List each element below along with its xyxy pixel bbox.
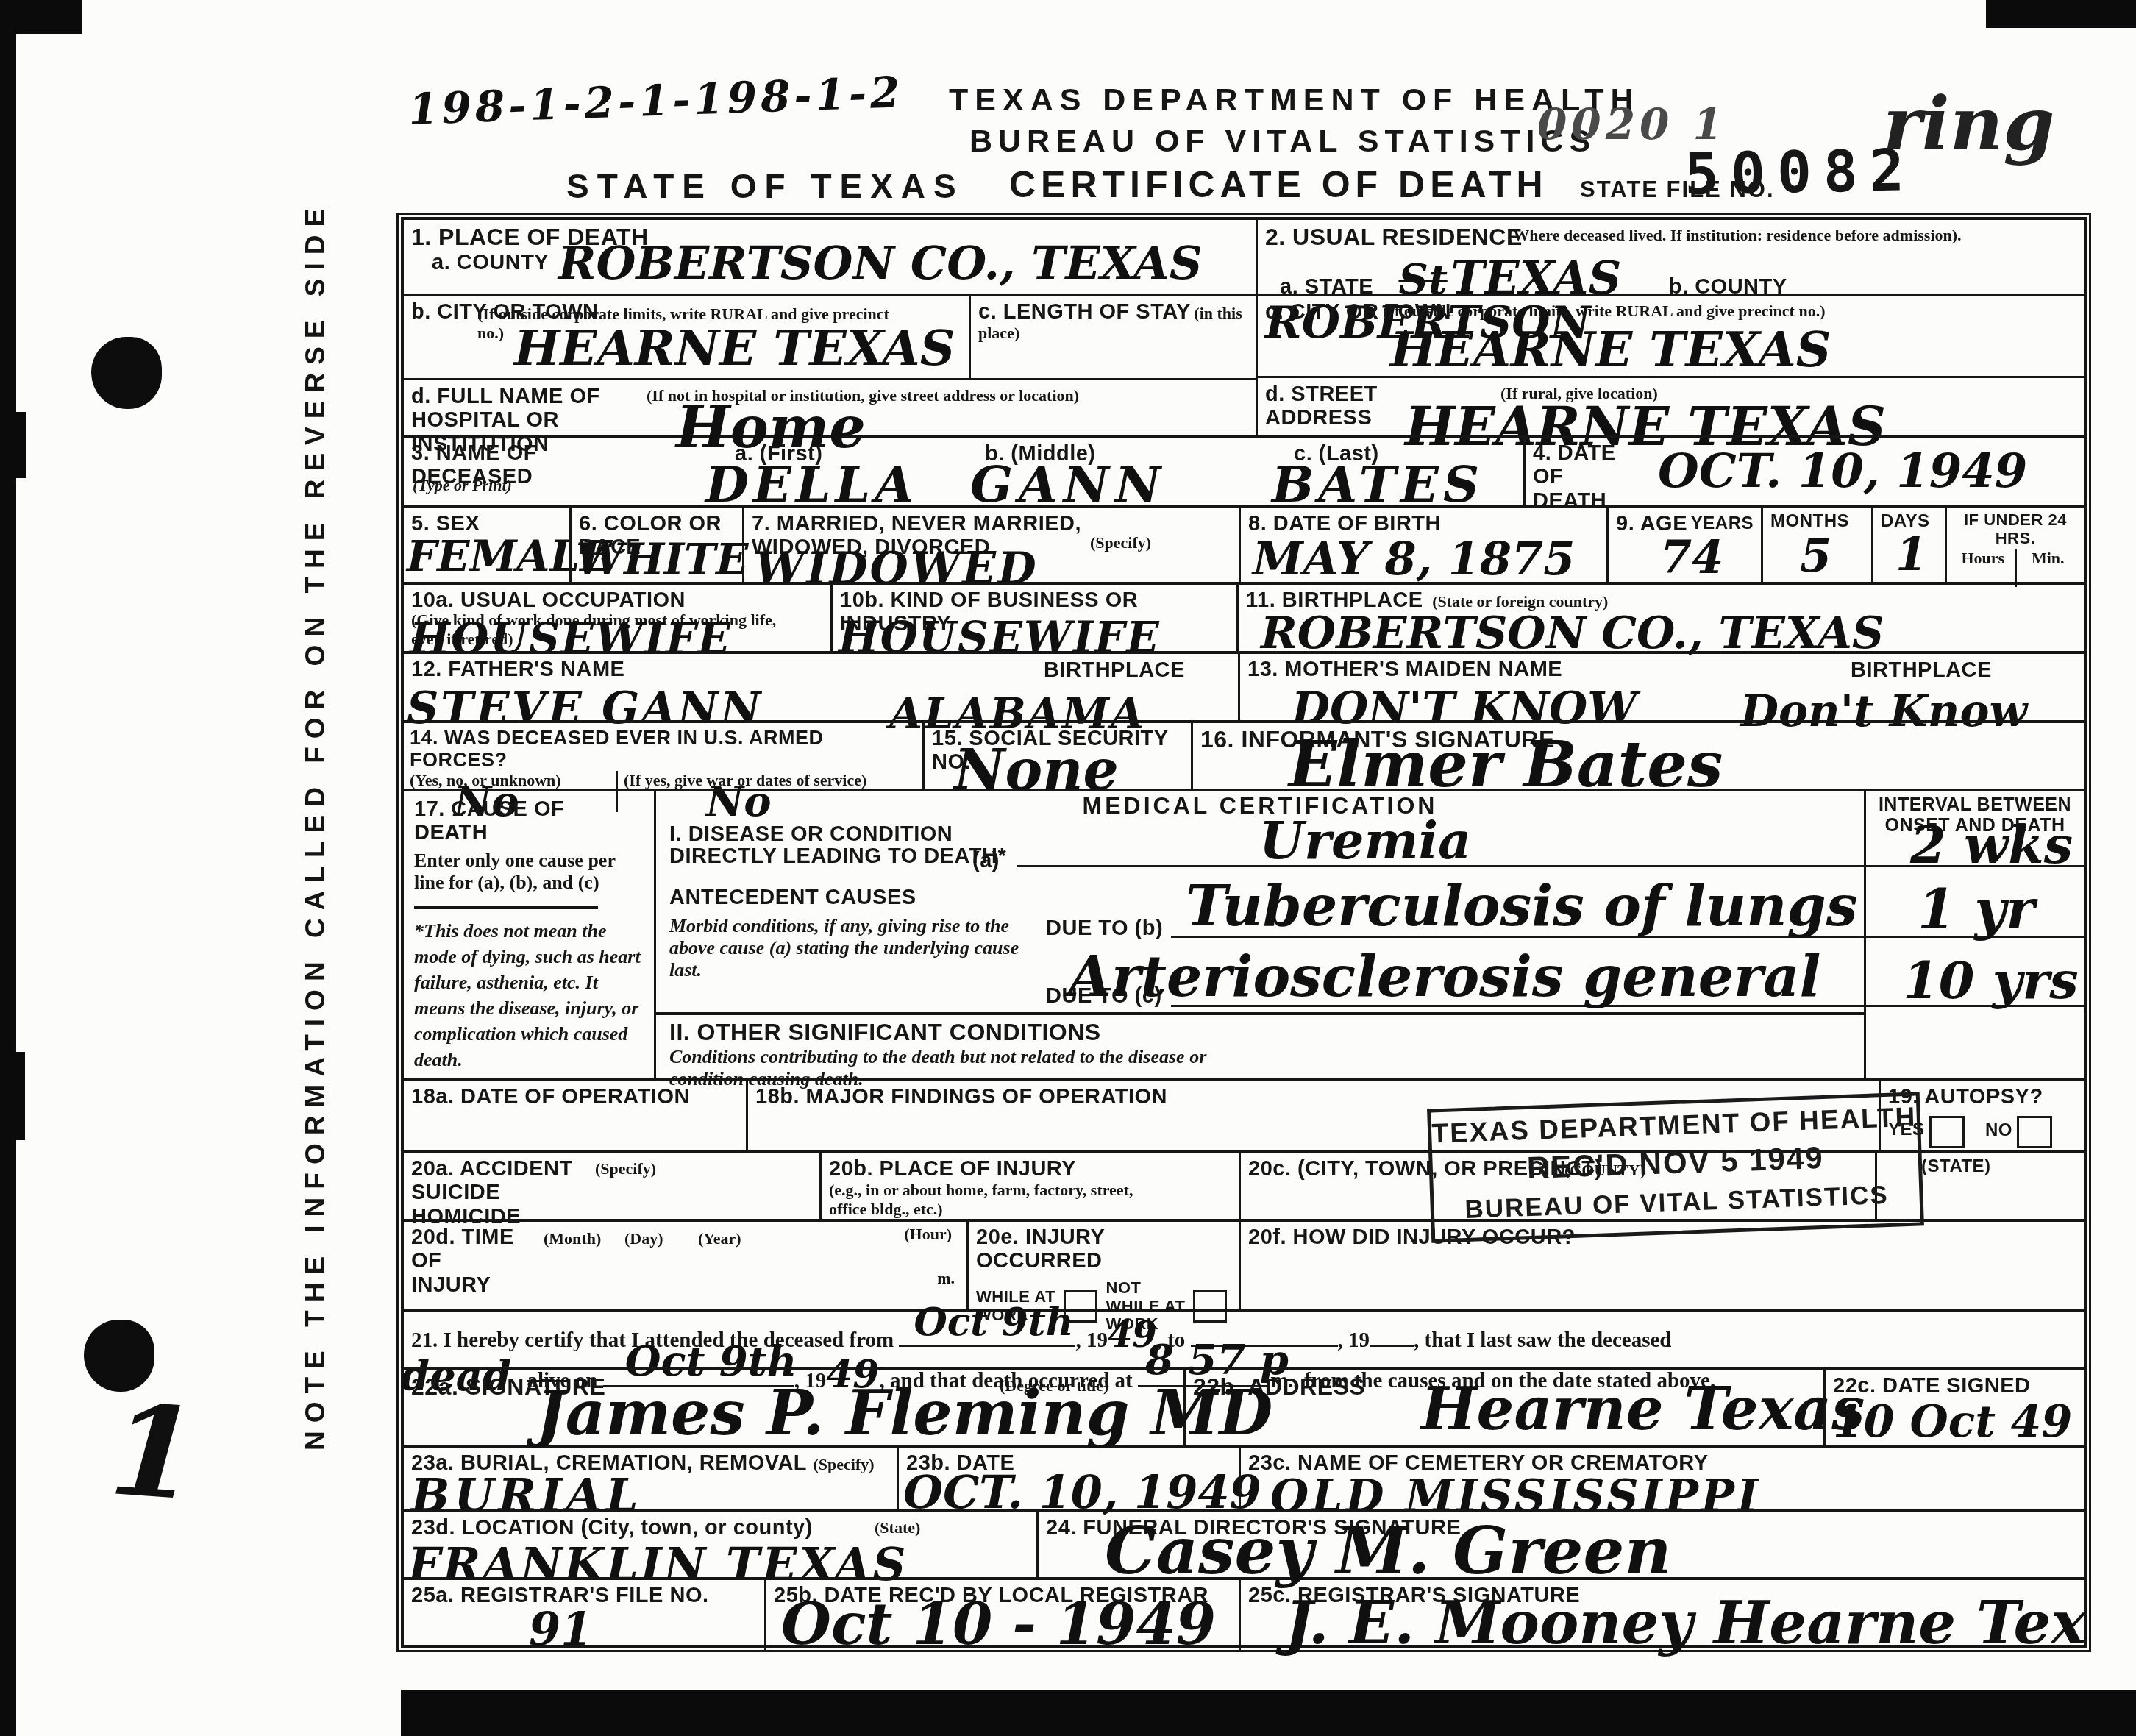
section-father: 12. FATHER'S NAME BIRTHPLACE STEVE GANN … <box>404 654 1238 720</box>
cause-a-value: Uremia <box>1259 815 1471 867</box>
section-age-under24: IF UNDER 24 HRS. Hours Min. <box>1945 508 2084 582</box>
operation-date-label: 18a. DATE OF OPERATION <box>411 1085 690 1109</box>
certificate-form: 1. PLACE OF DEATH a. COUNTY ROBERTSON CO… <box>401 217 2087 1648</box>
age-months-label: MONTHS <box>1770 511 1849 531</box>
date-of-death-value: OCT. 10, 1949 <box>1658 448 2027 495</box>
divider <box>656 1012 1864 1015</box>
section-occupation: 10a. USUAL OCCUPATION (Give kind of work… <box>404 585 830 651</box>
section-cause-detail: MEDICAL CERTIFICATION I. DISEASE OR COND… <box>654 791 1864 1078</box>
location-state-note: (State) <box>875 1518 920 1537</box>
handwritten-serial: 198-1-2-1-198-1-2 <box>407 71 904 130</box>
other-conditions-label: II. OTHER SIGNIFICANT CONDITIONS <box>669 1020 1101 1046</box>
residence-city-note: (If outside corporate limits, write RURA… <box>1383 302 1986 320</box>
hour-m-label: m. <box>937 1269 955 1287</box>
mother-birthplace-label: BIRTHPLACE <box>1851 658 1992 682</box>
pencil-number: 0020 1 <box>1537 103 1727 146</box>
interval-label-line1: INTERVAL BETWEEN <box>1866 794 2084 815</box>
antecedent-note: Morbid conditions, if any, giving rise t… <box>669 915 1037 981</box>
physician-address-value: Hearne Texas <box>1421 1379 1865 1438</box>
location-label: 23d. LOCATION (City, town, or county) <box>411 1516 813 1540</box>
section-sex: 5. SEX FEMALE <box>404 508 569 582</box>
scan-corner-top-right <box>1986 0 2136 28</box>
row-physician: 22a. SIGNATURE (Degree or title) James P… <box>404 1367 2084 1445</box>
section-place-of-death: 1. PLACE OF DEATH a. COUNTY ROBERTSON CO… <box>404 220 1256 435</box>
year-label: (Year) <box>698 1229 741 1248</box>
length-of-stay-label: c. LENGTH OF STAY <box>978 300 1191 324</box>
registrar-file-value: 91 <box>529 1607 592 1652</box>
name-sub-label: (Type or Print) <box>413 476 512 494</box>
section-funeral-director: 24. FUNERAL DIRECTOR'S SIGNATURE Casey M… <box>1036 1512 2084 1577</box>
disease-label-line2: DIRECTLY LEADING TO DEATH* <box>669 844 1006 868</box>
section-race: 6. COLOR OR RACE WHITE <box>569 508 742 582</box>
age-months-value: 5 <box>1800 533 1831 579</box>
birthplace-value: ROBERTSON CO., TEXAS <box>1261 611 1884 655</box>
section-birthplace: 11. BIRTHPLACE (State or foreign country… <box>1236 585 2084 651</box>
armed-forces-label: 14. WAS DECEASED EVER IN U.S. ARMED FORC… <box>410 727 824 771</box>
due-to-b-label: DUE TO (b) <box>1046 917 1163 940</box>
scan-edge-bump <box>15 1052 25 1140</box>
row-injury-time: 20d. TIME OF INJURY (Month) (Day) (Year)… <box>404 1219 2084 1309</box>
scan-edge-left <box>0 0 16 1736</box>
certify-seg4: , 19 <box>1338 1328 1370 1352</box>
registrar-date-value: Oct 10 - 1949 <box>781 1596 1216 1654</box>
cause-of-death-label: 17. CAUSE OF DEATH <box>414 797 564 844</box>
margin-note: NOTE THE INFORMATION CALLED FOR ON THE R… <box>300 201 331 1451</box>
burial-note: (Specify) <box>814 1455 875 1473</box>
row-sex-race-age: 5. SEX FEMALE 6. COLOR OR RACE WHITE 7. … <box>404 505 2084 582</box>
interval-a-value: 2 wks <box>1910 819 2073 871</box>
section-informant: 16. INFORMANT'S SIGNATURE Elmer Bates <box>1191 723 2084 789</box>
section-age-days: DAYS 1 <box>1871 508 1945 582</box>
scan-corner-top-left <box>0 0 82 34</box>
scan-edge-bottom <box>401 1690 2136 1736</box>
certify-seg5: , that I last saw the deceased <box>1414 1328 1671 1352</box>
section-physician-signature: 22a. SIGNATURE (Degree or title) James P… <box>404 1370 1183 1445</box>
section-time-of-injury: 20d. TIME OF INJURY (Month) (Day) (Year)… <box>404 1222 966 1309</box>
under24-min-label: Min. <box>2017 549 2080 586</box>
place-of-injury-label: 20b. PLACE OF INJURY <box>829 1157 1076 1181</box>
received-stamp: TEXAS DEPARTMENT OF HEALTH REC'D NOV 5 1… <box>1427 1092 1924 1242</box>
section-burial: 23a. BURIAL, CREMATION, REMOVAL (Specify… <box>404 1448 897 1509</box>
accident-label: 20a. ACCIDENT SUICIDE HOMICIDE <box>411 1157 573 1228</box>
age-years-value: 74 <box>1660 535 1723 580</box>
interval-c-value: 10 yrs <box>1903 955 2079 1006</box>
county-label: a. COUNTY <box>432 251 549 274</box>
informant-signature: Elmer Bates <box>1289 733 1723 797</box>
registrar-signature-value: J. E. Mooney Hearne Tex <box>1285 1593 2086 1652</box>
section-registrar-file: 25a. REGISTRAR'S FILE NO. 91 <box>404 1580 764 1651</box>
funeral-director-signature: Casey M. Green <box>1105 1518 1672 1583</box>
autopsy-no-checkbox <box>2017 1116 2052 1148</box>
row-location-director: 23d. LOCATION (City, town, or county) (S… <box>404 1509 2084 1577</box>
section-burial-location: 23d. LOCATION (City, town, or county) (S… <box>404 1512 1036 1577</box>
row-parents: 12. FATHER'S NAME BIRTHPLACE STEVE GANN … <box>404 651 2084 720</box>
section-cause-label-column: 17. CAUSE OF DEATH Enter only one cause … <box>404 791 654 1078</box>
date-of-death-label: 4. DATE OF DEATH <box>1533 441 1628 513</box>
section-date-of-birth: 8. DATE OF BIRTH MAY 8, 1875 <box>1239 508 1606 582</box>
row-place-residence: 1. PLACE OF DEATH a. COUNTY ROBERTSON CO… <box>404 220 2084 435</box>
divider <box>414 906 598 909</box>
punch-hole <box>91 337 162 409</box>
injury-occurred-label: 20e. INJURY OCCURRED <box>976 1225 1105 1273</box>
physician-signature-value: James P. Fleming MD <box>536 1382 1272 1444</box>
header-department: TEXAS DEPARTMENT OF HEALTH <box>949 82 1640 118</box>
date-signed-value: 10 Oct 49 <box>1833 1400 2072 1444</box>
row-certify-statement: 21. I hereby certify that I attended the… <box>404 1309 2084 1367</box>
row-occupation: 10a. USUAL OCCUPATION (Give kind of work… <box>404 582 2084 651</box>
first-name-value: DELLA <box>705 460 918 510</box>
interval-b-value: 1 yr <box>1918 883 2034 937</box>
section-name-of-deceased: 3. NAME OF DECEASED (Type or Print) a. (… <box>404 438 1523 505</box>
cause-b-value: Tuberculosis of lungs <box>1186 878 1858 934</box>
section-marital: 7. MARRIED, NEVER MARRIED, WIDOWED, DIVO… <box>742 508 1239 582</box>
section-accident: 20a. ACCIDENT SUICIDE HOMICIDE (Specify) <box>404 1153 819 1219</box>
row-burial: 23a. BURIAL, CREMATION, REMOVAL (Specify… <box>404 1445 2084 1509</box>
burial-date-value: OCT. 10, 1949 <box>903 1470 1261 1515</box>
middle-name-value: GANN <box>970 460 1167 510</box>
section-injury-occurred: 20e. INJURY OCCURRED WHILE AT WORK NOT W… <box>966 1222 1239 1309</box>
header-bureau: BUREAU OF VITAL STATISTICS <box>969 124 1596 160</box>
residence-city-value: HEARNE TEXAS <box>1390 325 1831 374</box>
age-days-value: 1 <box>1895 532 1927 577</box>
date-signed-label: 22c. DATE SIGNED <box>1833 1374 2031 1398</box>
section-interval-column: INTERVAL BETWEEN ONSET AND DEATH 2 wks 1… <box>1864 791 2084 1078</box>
occupation-label: 10a. USUAL OCCUPATION <box>411 588 686 612</box>
autopsy-no-label: NO <box>1985 1120 2012 1140</box>
operation-findings-label: 18b. MAJOR FINDINGS OF OPERATION <box>755 1085 1167 1109</box>
under24-label: IF UNDER 24 HRS. <box>1951 511 2079 547</box>
section-date-of-death: 4. DATE OF DEATH OCT. 10, 1949 <box>1523 438 2084 505</box>
race-value: WHITE <box>576 538 748 580</box>
accident-note: (Specify) <box>595 1159 656 1178</box>
pencil-script: ring <box>1883 87 2054 160</box>
hour-label: (Hour) <box>904 1225 952 1243</box>
hospital-value: Home <box>676 399 866 457</box>
section-operation-date: 18a. DATE OF OPERATION <box>404 1081 746 1150</box>
cause-instruction: Enter only one cause per line for (a), (… <box>414 850 644 894</box>
row-name-dod: 3. NAME OF DECEASED (Type or Print) a. (… <box>404 435 2084 505</box>
handwritten-mark-1: 1 <box>106 1387 202 1518</box>
antecedent-label: ANTECEDENT CAUSES <box>669 886 916 909</box>
disease-label-line1: I. DISEASE OR CONDITION <box>669 822 953 846</box>
mother-label: 13. MOTHER'S MAIDEN NAME <box>1247 658 1562 681</box>
certify-seg2: , 19 <box>1075 1328 1108 1352</box>
section-burial-date: 23b. DATE OCT. 10, 1949 <box>897 1448 1239 1509</box>
row-forces-ssn-informant: 14. WAS DECEASED EVER IN U.S. ARMED FORC… <box>404 720 2084 789</box>
scan-edge-bump <box>15 412 26 478</box>
marital-note: (Specify) <box>1090 533 1151 552</box>
cause-footnote: *This does not mean the mode of dying, s… <box>414 918 644 1073</box>
cause-c-value: Arteriosclerosis general <box>1068 949 1820 1005</box>
dob-value: MAY 8, 1875 <box>1253 536 1575 582</box>
section-physician-address: 22b. ADDRESS Hearne Texas <box>1183 1370 1823 1445</box>
section-registrar-date: 25b. DATE REC'D BY LOCAL REGISTRAR Oct 1… <box>764 1580 1239 1651</box>
disease-a-tag: (a) <box>972 849 1000 872</box>
street-label: d. STREET ADDRESS <box>1265 383 1412 430</box>
father-birthplace-label: BIRTHPLACE <box>1044 658 1185 682</box>
time-of-injury-label: 20d. TIME OF INJURY <box>411 1225 521 1297</box>
section-industry: 10b. KIND OF BUSINESS OR INDUSTRY HOUSEW… <box>830 585 1236 651</box>
father-label: 12. FATHER'S NAME <box>411 658 624 681</box>
day-label: (Day) <box>624 1229 663 1248</box>
section-mother: 13. MOTHER'S MAIDEN NAME BIRTHPLACE DON'… <box>1238 654 2084 720</box>
autopsy-yes-checkbox <box>1929 1116 1965 1148</box>
section-age-years: 9. AGE YEARS 74 <box>1606 508 1761 582</box>
county-value: ROBERTSON CO., TEXAS <box>558 241 1202 286</box>
death-certificate-scan: 1 NOTE THE INFORMATION CALLED FOR ON THE… <box>0 0 2136 1736</box>
month-label: (Month) <box>544 1229 601 1248</box>
section-ssn: 15. SOCIAL SECURITY NO. None <box>922 723 1191 789</box>
section-cemetery: 23c. NAME OF CEMETERY OR CREMATORY OLD M… <box>1239 1448 2084 1509</box>
place-of-injury-note: (e.g., in or about home, farm, factory, … <box>829 1181 1167 1218</box>
section-place-of-injury: 20b. PLACE OF INJURY (e.g., in or about … <box>819 1153 1239 1219</box>
certify-from-value: Oct 9th <box>914 1303 1073 1342</box>
city-value: HEARNE TEXAS <box>514 324 955 372</box>
residence-title-note: (Where deceased lived. If institution: r… <box>1508 226 2023 244</box>
section-usual-residence: 2. USUAL RESIDENCE (Where deceased lived… <box>1256 220 2084 435</box>
section-armed-forces: 14. WAS DECEASED EVER IN U.S. ARMED FORC… <box>404 723 922 789</box>
residence-title: 2. USUAL RESIDENCE <box>1265 224 1523 250</box>
under24-hours-label: Hours <box>1951 549 2017 586</box>
section-date-signed: 22c. DATE SIGNED 10 Oct 49 <box>1823 1370 2084 1445</box>
certify-year2-blank <box>1370 1321 1414 1347</box>
section-age-months: MONTHS 5 <box>1761 508 1871 582</box>
header-state-of-texas: STATE OF TEXAS <box>566 166 964 206</box>
last-name-value: BATES <box>1272 460 1484 510</box>
injury-state-label: (STATE) <box>1921 1156 1991 1176</box>
header-certificate-title: CERTIFICATE OF DEATH <box>1009 163 1548 206</box>
section-certify: 21. I hereby certify that I attended the… <box>404 1312 2084 1367</box>
row-medical-certification: 17. CAUSE OF DEATH Enter only one cause … <box>404 789 2084 1078</box>
section-registrar-signature: 25c. REGISTRAR'S SIGNATURE J. E. Mooney … <box>1239 1580 2084 1651</box>
